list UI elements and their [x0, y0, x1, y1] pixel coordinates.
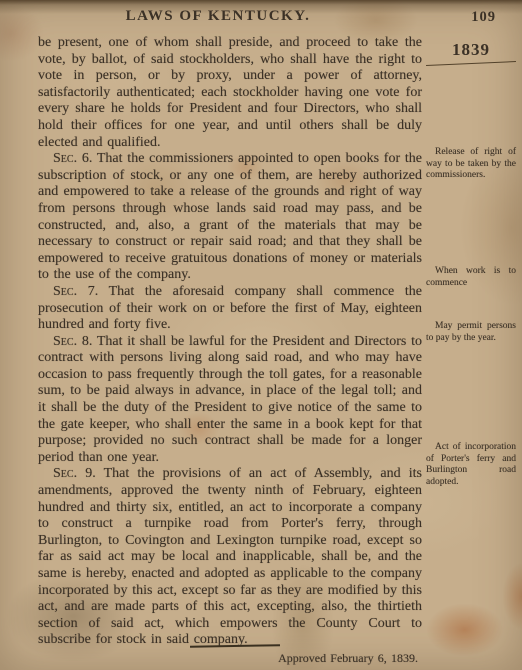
scanned-book-page: LAWS OF KENTUCKY. 109 1839 be present, o… [0, 0, 522, 670]
margin-note-release-of-right-of-way: Release of right of way to be taken by t… [426, 147, 516, 182]
margin-note-when-work-commences: When work is to commence [426, 266, 516, 289]
paragraph-text: be present, one of whom shall preside, a… [38, 35, 422, 150]
margin-note-act-of-incorporation: Act of incorporation of Porter's ferry a… [426, 442, 516, 488]
paragraph-section-6: Sec. 6. That the commissioners appointed… [38, 151, 422, 284]
section-label: Sec. 8. [53, 334, 92, 349]
paragraph-text: That the commissioners appointed to open… [38, 151, 422, 282]
approval-line: Approved February 6, 1839. [38, 650, 422, 667]
paragraph-text: That the provisions of an act of Assembl… [38, 466, 422, 647]
paragraph-continuation: be present, one of whom shall preside, a… [38, 35, 422, 151]
running-title: LAWS OF KENTUCKY. [38, 8, 398, 25]
page-header: LAWS OF KENTUCKY. 109 [38, 8, 498, 28]
section-label: Sec. 7. [53, 284, 98, 299]
section-label: Sec. 6. [53, 151, 92, 166]
paragraph-section-8: Sec. 8. That it shall be lawful for the … [38, 334, 422, 467]
margin-year: 1839 [428, 40, 514, 60]
page-number: 109 [471, 9, 496, 26]
paragraph-section-7: Sec. 7. That the aforesaid company shall… [38, 284, 422, 334]
paragraph-section-9: Sec. 9. That the provisions of an act of… [38, 466, 422, 649]
paragraph-text: That it shall be lawful for the Presiden… [38, 334, 422, 465]
year-underline-rule [426, 61, 516, 66]
margin-note-pay-by-year: May permit persons to pay by the year. [426, 321, 516, 344]
body-text-column: be present, one of whom shall preside, a… [38, 35, 422, 667]
section-label: Sec. 9. [53, 466, 96, 481]
